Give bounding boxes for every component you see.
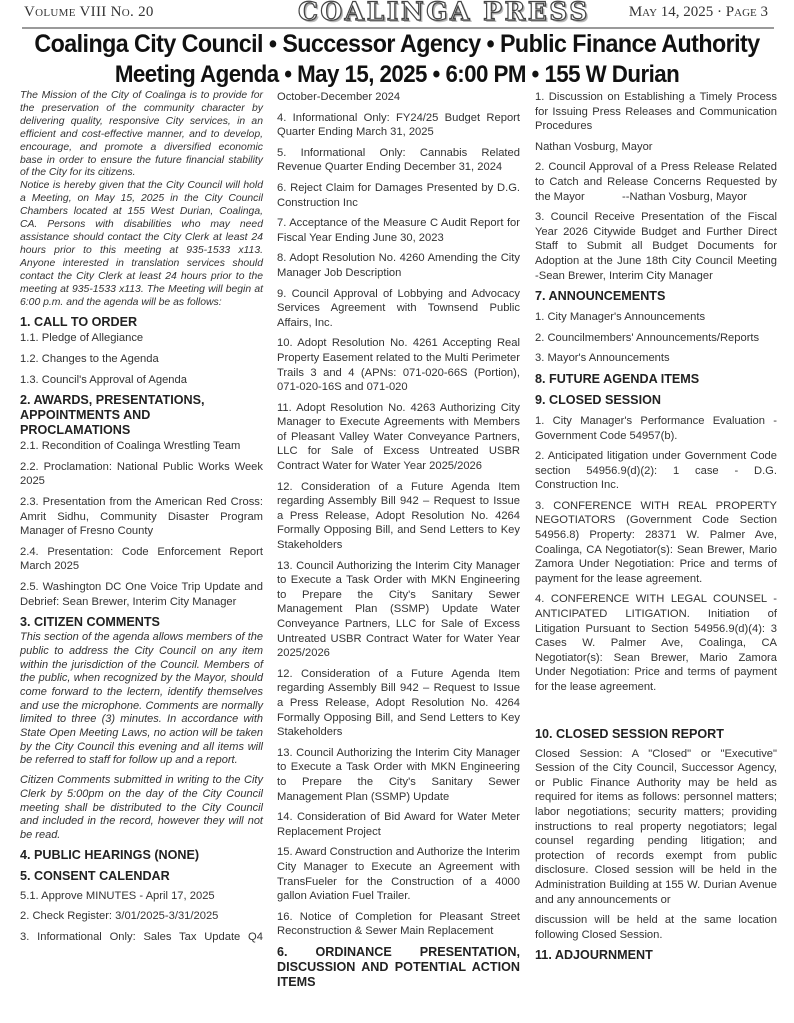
agenda-item-continued: October-December 2024 — [277, 90, 520, 105]
agenda-item: 1. City Manager's Announcements — [535, 310, 777, 325]
agenda-item: 1. City Manager's Performance Evaluation… — [535, 414, 777, 443]
agenda-item: 3. Informational Only: Sales Tax Update … — [20, 930, 263, 945]
column-2: October-December 2024 4. Informational O… — [277, 90, 520, 991]
page-title: Coalinga City Council • Successor Agency… — [28, 30, 766, 59]
agenda-item: 9. Council Approval of Lobbying and Advo… — [277, 287, 520, 331]
agenda-item: 3. Mayor's Announcements — [535, 351, 777, 366]
section-heading-awards: 2. AWARDS, PRESENTATIONS, APPOINTMENTS A… — [20, 393, 263, 438]
agenda-item: 5.1. Approve MINUTES - April 17, 2025 — [20, 889, 263, 904]
meeting-notice: Notice is hereby given that the City Cou… — [20, 180, 263, 309]
section-heading-public-hearings: 4. PUBLIC HEARINGS (NONE) — [20, 848, 263, 863]
section-heading-consent-calendar: 5. CONSENT CALENDAR — [20, 869, 263, 884]
agenda-item: 1.2. Changes to the Agenda — [20, 352, 263, 367]
section-heading-announcements: 7. ANNOUNCEMENTS — [535, 289, 777, 304]
agenda-item: 2.5. Washington DC One Voice Trip Update… — [20, 580, 263, 609]
agenda-item: 2.1. Recondition of Coalinga Wrestling T… — [20, 439, 263, 454]
agenda-item: 12. Consideration of a Future Agenda Ite… — [277, 667, 520, 740]
section-heading-call-to-order: 1. CALL TO ORDER — [20, 315, 263, 330]
agenda-item: 2. Councilmembers' Announcements/Reports — [535, 331, 777, 346]
agenda-item: 13. Council Authorizing the Interim City… — [277, 746, 520, 804]
agenda-item: 1. Discussion on Establishing a Timely P… — [535, 90, 777, 134]
section-heading-citizen-comments: 3. CITIZEN COMMENTS — [20, 615, 263, 630]
spacer — [535, 701, 777, 723]
section-heading-closed-session: 9. CLOSED SESSION — [535, 393, 777, 408]
column-1: The Mission of the City of Coalinga is t… — [20, 90, 263, 950]
agenda-item: 14. Consideration of Bid Award for Water… — [277, 810, 520, 839]
agenda-item: Nathan Vosburg, Mayor — [535, 140, 777, 155]
agenda-item: 3. Council Receive Presentation of the F… — [535, 210, 777, 283]
agenda-item: 4. Informational Only: FY24/25 Budget Re… — [277, 111, 520, 140]
agenda-item: 10. Adopt Resolution No. 4261 Accepting … — [277, 336, 520, 394]
newspaper-logo: COALINGA PRESS — [298, 0, 590, 26]
agenda-item: 2.2. Proclamation: National Public Works… — [20, 460, 263, 489]
agenda-item: 4. CONFERENCE WITH LEGAL COUNSEL - ANTIC… — [535, 592, 777, 694]
citizen-comments-text: This section of the agenda allows member… — [20, 631, 263, 768]
agenda-item: 13. Council Authorizing the Interim City… — [277, 559, 520, 661]
masthead-divider — [22, 27, 774, 29]
agenda-item: 8. Adopt Resolution No. 4260 Amending th… — [277, 251, 520, 280]
column-3: 1. Discussion on Establishing a Timely P… — [535, 90, 777, 964]
closed-session-report-text-continued: discussion will be held at the same loca… — [535, 913, 777, 942]
agenda-item: 3. CONFERENCE WITH REAL PROPERTY NEGOTIA… — [535, 499, 777, 587]
agenda-item: 7. Acceptance of the Measure C Audit Rep… — [277, 216, 520, 245]
agenda-item: 1.1. Pledge of Allegiance — [20, 331, 263, 346]
agenda-item: 6. Reject Claim for Damages Presented by… — [277, 181, 520, 210]
closed-session-report-text: Closed Session: A "Closed" or "Executive… — [535, 747, 777, 908]
agenda-item: 12. Consideration of a Future Agenda Ite… — [277, 480, 520, 553]
agenda-item: 15. Award Construction and Authorize the… — [277, 845, 520, 903]
citizen-comments-written: Citizen Comments submitted in writing to… — [20, 774, 263, 843]
agenda-item: 16. Notice of Completion for Pleasant St… — [277, 910, 520, 939]
issue-date-page: May 14, 2025 · Page 3 — [629, 4, 768, 21]
agenda-item: 5. Informational Only: Cannabis Related … — [277, 146, 520, 175]
agenda-item: 11. Adopt Resolution No. 4263 Authorizin… — [277, 401, 520, 474]
section-heading-ordinance: 6. ORDINANCE PRESENTATION, DISCUSSION AN… — [277, 945, 520, 990]
section-heading-adjournment: 11. ADJOURNMENT — [535, 948, 777, 963]
volume-number: Volume VIII No. 20 — [24, 4, 154, 21]
mission-statement: The Mission of the City of Coalinga is t… — [20, 90, 263, 180]
agenda-item: 2.4. Presentation: Code Enforcement Repo… — [20, 545, 263, 574]
agenda-item: 1.3. Council's Approval of Agenda — [20, 373, 263, 388]
agenda-item: 2. Anticipated litigation under Governme… — [535, 449, 777, 493]
agenda-item: 2. Check Register: 3/01/2025-3/31/2025 — [20, 909, 263, 924]
agenda-item: 2. Council Approval of a Press Release R… — [535, 160, 777, 204]
section-heading-future-agenda: 8. FUTURE AGENDA ITEMS — [535, 372, 777, 387]
section-heading-closed-session-report: 10. CLOSED SESSION REPORT — [535, 727, 777, 742]
masthead: Volume VIII No. 20 COALINGA PRESS May 14… — [0, 0, 794, 28]
agenda-item: 2.3. Presentation from the American Red … — [20, 495, 263, 539]
page-subtitle: Meeting Agenda • May 15, 2025 • 6:00 PM … — [28, 61, 766, 89]
